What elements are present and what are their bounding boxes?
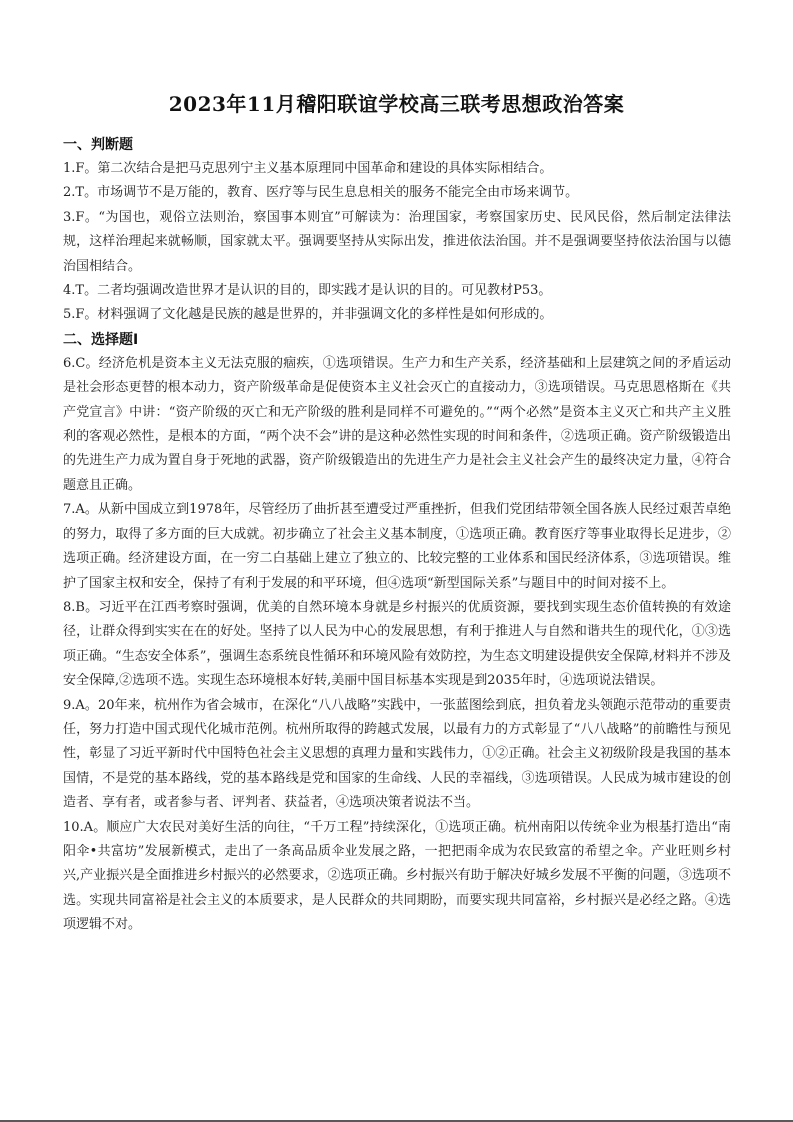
section-multiple-choice-1: 二、选择题Ⅰ 6.C。经济危机是资本主义无法克服的痼疾，①选项错误。生产力和生产… <box>63 328 731 938</box>
answer-item-10: 10.A。顺应广大农民对美好生活的向往，“千万工程”持续深化，①选项正确。杭州南… <box>63 816 731 938</box>
answer-item-5: 5.F。材料强调了文化越是民族的越是世界的，并非强调文化的多样性是如何形成的。 <box>63 303 731 327</box>
document-page: 2023年11月稽阳联谊学校高三联考思想政治答案 一、判断题 1.F。第二次结合… <box>0 0 793 1122</box>
document-title: 2023年11月稽阳联谊学校高三联考思想政治答案 <box>0 88 793 117</box>
answer-item-9: 9.A。20年来，杭州作为省会城市，在深化“八八战略”实践中，一张蓝图绘到底，担… <box>63 694 731 816</box>
answer-item-4: 4.T。二者均强调改造世界才是认识的目的，即实践才是认识的目的。可见教材P53。 <box>63 279 731 303</box>
section-heading: 一、判断题 <box>63 133 731 157</box>
document-body: 一、判断题 1.F。第二次结合是把马克思列宁主义基本原理同中国革命和建设的具体实… <box>63 133 731 938</box>
answer-item-6: 6.C。经济危机是资本主义无法克服的痼疾，①选项错误。生产力和生产关系，经济基础… <box>63 352 731 498</box>
answer-item-1: 1.F。第二次结合是把马克思列宁主义基本原理同中国革命和建设的具体实际相结合。 <box>63 157 731 181</box>
answer-item-7: 7.A。从新中国成立到1978年，尽管经历了曲折甚至遭受过严重挫折，但我们党团结… <box>63 498 731 596</box>
answer-item-2: 2.T。市场调节不是万能的，教育、医疗等与民生息息相关的服务不能完全由市场来调节… <box>63 181 731 205</box>
answer-item-8: 8.B。习近平在江西考察时强调，优美的自然环境本身就是乡村振兴的优质资源，要找到… <box>63 596 731 694</box>
section-true-false: 一、判断题 1.F。第二次结合是把马克思列宁主义基本原理同中国革命和建设的具体实… <box>63 133 731 328</box>
answer-item-3: 3.F。“为国也，观俗立法则治，察国事本则宜”可解读为：治理国家，考察国家历史、… <box>63 206 731 279</box>
section-heading: 二、选择题Ⅰ <box>63 328 731 352</box>
